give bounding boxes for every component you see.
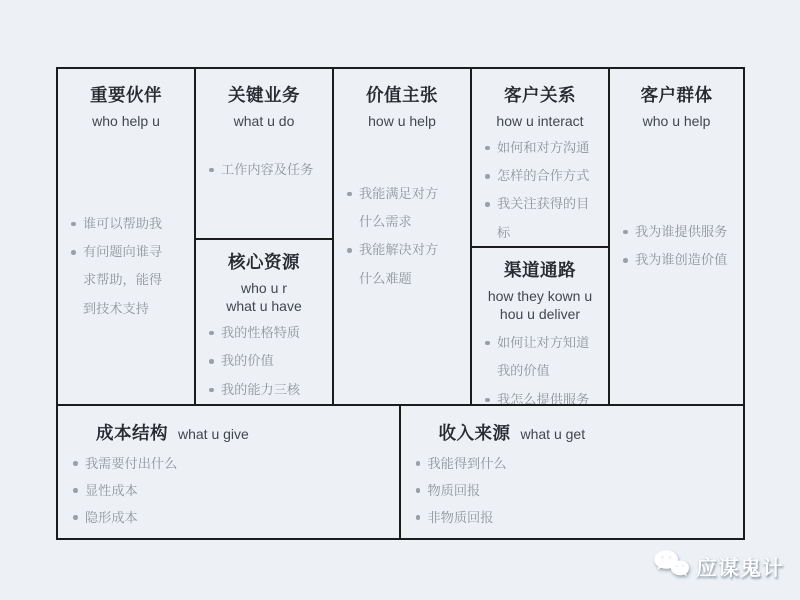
cell-subtitle: who u r (204, 279, 324, 297)
cell-key-partners: 重要伙伴 who help u 谁可以帮助我 有问题向谁寻 求帮助，能得 到技术… (58, 69, 194, 404)
bullet-item: 我需要付出什么 (72, 450, 389, 477)
bullet-list: 我需要付出什么 显性成本 隐形成本 (68, 450, 389, 531)
bullet-item: 我能得到什么 (415, 450, 734, 477)
bullet-item: 我为谁提供服务 (622, 218, 735, 246)
bullet-list: 如何和对方沟通 怎样的合作方式 我关注获得的目标 (480, 134, 600, 248)
cell-channels: 渠道通路 how they kown u hou u deliver 如何让对方… (472, 248, 608, 404)
cell-subtitle: what u get (521, 426, 586, 442)
cell-title: 成本结构 (96, 420, 168, 445)
watermark: 应谋鬼计 (653, 549, 784, 584)
cell-subtitle: what u have (204, 297, 324, 315)
cell-key-resources: 核心资源 who u r what u have 我的性格特质 我的价值 我的能… (196, 240, 332, 404)
bullet-list: 我为谁提供服务 我为谁创造价值 (618, 218, 735, 275)
bullet-item: 物质回报 (415, 477, 734, 504)
bullet-list: 我的性格特质 我的价值 我的能力三核 (204, 319, 324, 404)
bullet-list: 我能得到什么 物质回报 非物质回报 (411, 450, 734, 531)
canvas-top-section: 重要伙伴 who help u 谁可以帮助我 有问题向谁寻 求帮助，能得 到技术… (58, 69, 743, 406)
column-customer-relations: 客户关系 how u interact 如何和对方沟通 怎样的合作方式 我关注获… (472, 69, 610, 404)
bullet-item: 工作内容及任务 (208, 156, 324, 184)
bullet-list: 如何让对方知道 我的价值 我怎么提供服务 (480, 329, 600, 404)
bullet-item: 谁可以帮助我 (70, 210, 186, 238)
cell-subtitle: how u help (342, 112, 462, 130)
cell-title: 渠道通路 (480, 258, 600, 283)
cell-revenue-streams: 收入来源 what u get 我能得到什么 物质回报 非物质回报 (401, 406, 744, 538)
cell-subtitle: who help u (66, 112, 186, 130)
bullet-list: 谁可以帮助我 有问题向谁寻 求帮助，能得 到技术支持 (66, 210, 186, 324)
cell-subtitle: hou u deliver (480, 305, 600, 323)
cell-title: 客户群体 (618, 83, 735, 108)
column-customer-segments: 客户群体 who u help 我为谁提供服务 我为谁创造价值 (610, 69, 743, 404)
cell-subtitle: what u give (178, 426, 249, 442)
bullet-item: 隐形成本 (72, 504, 389, 531)
bullet-item: 我的能力三核 (208, 376, 324, 404)
bullet-item: 如何让对方知道 我的价值 (484, 329, 600, 386)
cell-title-row: 成本结构 what u give (68, 420, 389, 445)
bullet-item: 我的性格特质 (208, 319, 324, 347)
bullet-item: 如何和对方沟通 (484, 134, 600, 162)
bullet-item: 非物质回报 (415, 504, 734, 531)
bullet-item: 我能解决对方 什么难题 (346, 236, 462, 293)
bullet-item: 有问题向谁寻 求帮助，能得 到技术支持 (70, 238, 186, 323)
canvas-bottom-section: 成本结构 what u give 我需要付出什么 显性成本 隐形成本 收入来源 … (58, 406, 743, 538)
cell-subtitle: who u help (618, 112, 735, 130)
cell-title: 重要伙伴 (66, 83, 186, 108)
watermark-label: 应谋鬼计 (696, 552, 784, 582)
bullet-item: 我怎么提供服务 (484, 386, 600, 404)
bullet-item: 我关注获得的目标 (484, 190, 600, 247)
cell-subtitle: how they kown u (480, 287, 600, 305)
cell-cost-structure: 成本结构 what u give 我需要付出什么 显性成本 隐形成本 (58, 406, 401, 538)
column-value-proposition: 价值主张 how u help 我能满足对方 什么需求 我能解决对方 什么难题 (334, 69, 472, 404)
cell-key-activities: 关键业务 what u do 工作内容及任务 (196, 69, 332, 240)
cell-subtitle: how u interact (480, 112, 600, 130)
cell-title: 关键业务 (204, 83, 324, 108)
cell-title: 价值主张 (342, 83, 462, 108)
bullet-item: 怎样的合作方式 (484, 162, 600, 190)
cell-title: 收入来源 (439, 420, 511, 445)
cell-subtitle: what u do (204, 112, 324, 130)
cell-title: 客户关系 (480, 83, 600, 108)
bullet-item: 我的价值 (208, 347, 324, 375)
bullet-item: 我为谁创造价值 (622, 246, 735, 274)
bullet-item: 我能满足对方 什么需求 (346, 180, 462, 237)
cell-title: 核心资源 (204, 250, 324, 275)
business-model-canvas: 重要伙伴 who help u 谁可以帮助我 有问题向谁寻 求帮助，能得 到技术… (56, 67, 745, 540)
bullet-list: 我能满足对方 什么需求 我能解决对方 什么难题 (342, 180, 462, 294)
bullet-list: 工作内容及任务 (204, 156, 324, 184)
column-key-activities: 关键业务 what u do 工作内容及任务 核心资源 who u r what… (196, 69, 334, 404)
cell-value-proposition: 价值主张 how u help 我能满足对方 什么需求 我能解决对方 什么难题 (334, 69, 470, 404)
bullet-item: 显性成本 (72, 477, 389, 504)
cell-customer-segments: 客户群体 who u help 我为谁提供服务 我为谁创造价值 (610, 69, 743, 404)
cell-customer-relations: 客户关系 how u interact 如何和对方沟通 怎样的合作方式 我关注获… (472, 69, 608, 248)
column-key-partners: 重要伙伴 who help u 谁可以帮助我 有问题向谁寻 求帮助，能得 到技术… (58, 69, 196, 404)
wechat-icon (653, 549, 689, 584)
cell-title-row: 收入来源 what u get (411, 420, 734, 445)
